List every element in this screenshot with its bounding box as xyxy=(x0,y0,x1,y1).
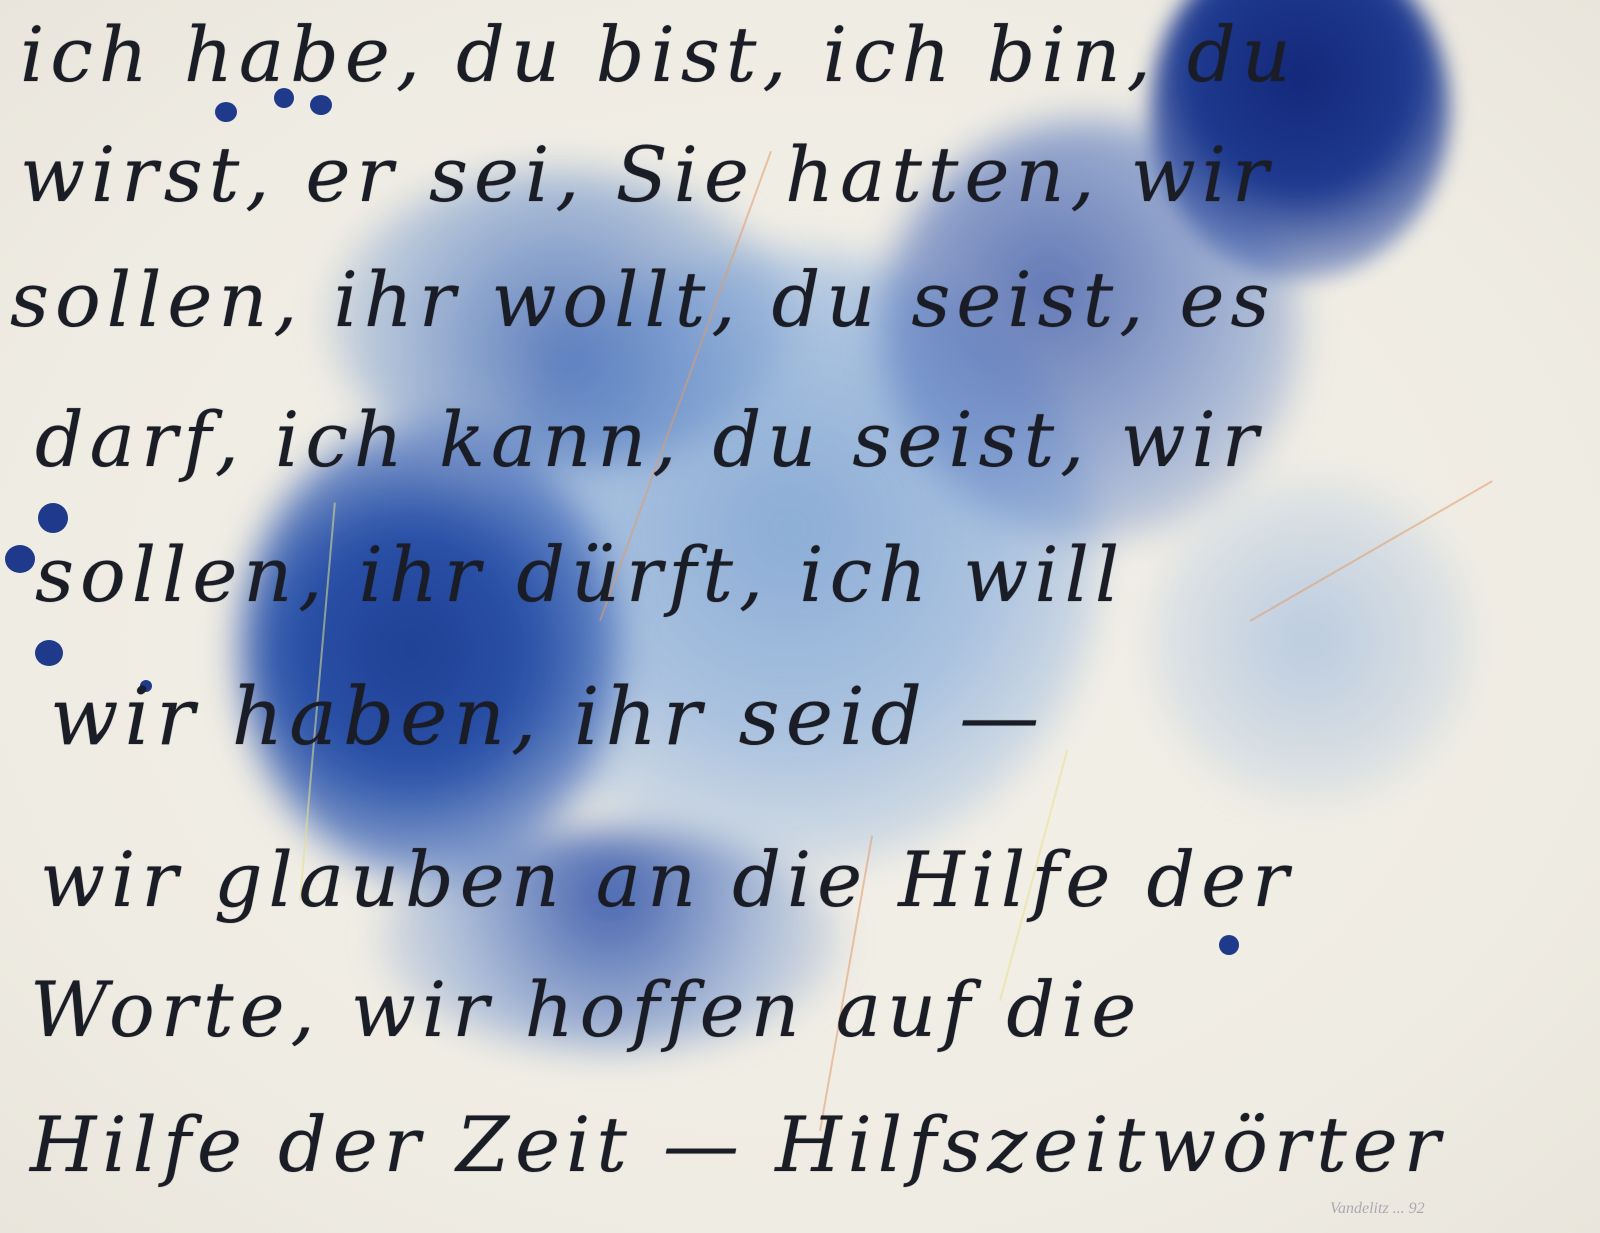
painting-canvas: ich habe, du bist, ich bin, duwirst, er … xyxy=(0,0,1600,1233)
paint-drop xyxy=(5,545,35,573)
text-line: wirst, er sei, Sie hatten, wir xyxy=(20,130,1274,219)
text-line: sollen, ihr dürft, ich will xyxy=(35,530,1125,619)
text-line: wir glauben an die Hilfe der xyxy=(40,835,1294,924)
paint-drop xyxy=(38,503,68,533)
paint-drop xyxy=(1219,935,1239,955)
paint-drop xyxy=(35,640,63,666)
text-line: wir haben, ihr seid — xyxy=(50,670,1045,763)
text-line: darf, ich kann, du seist, wir xyxy=(35,395,1264,484)
text-line: ich habe, du bist, ich bin, du xyxy=(20,10,1297,99)
deep-blue-paint-blob xyxy=(240,420,620,880)
pale-blue-wash xyxy=(1150,480,1470,800)
text-line: Hilfe der Zeit — Hilfszeitwörter xyxy=(30,1100,1446,1189)
text-line: Worte, wir hoffen auf die xyxy=(30,965,1142,1054)
paint-drop xyxy=(215,102,237,122)
artist-signature: Vandelitz ... 92 xyxy=(1330,1200,1425,1218)
text-line: sollen, ihr wollt, du seist, es xyxy=(10,255,1276,344)
